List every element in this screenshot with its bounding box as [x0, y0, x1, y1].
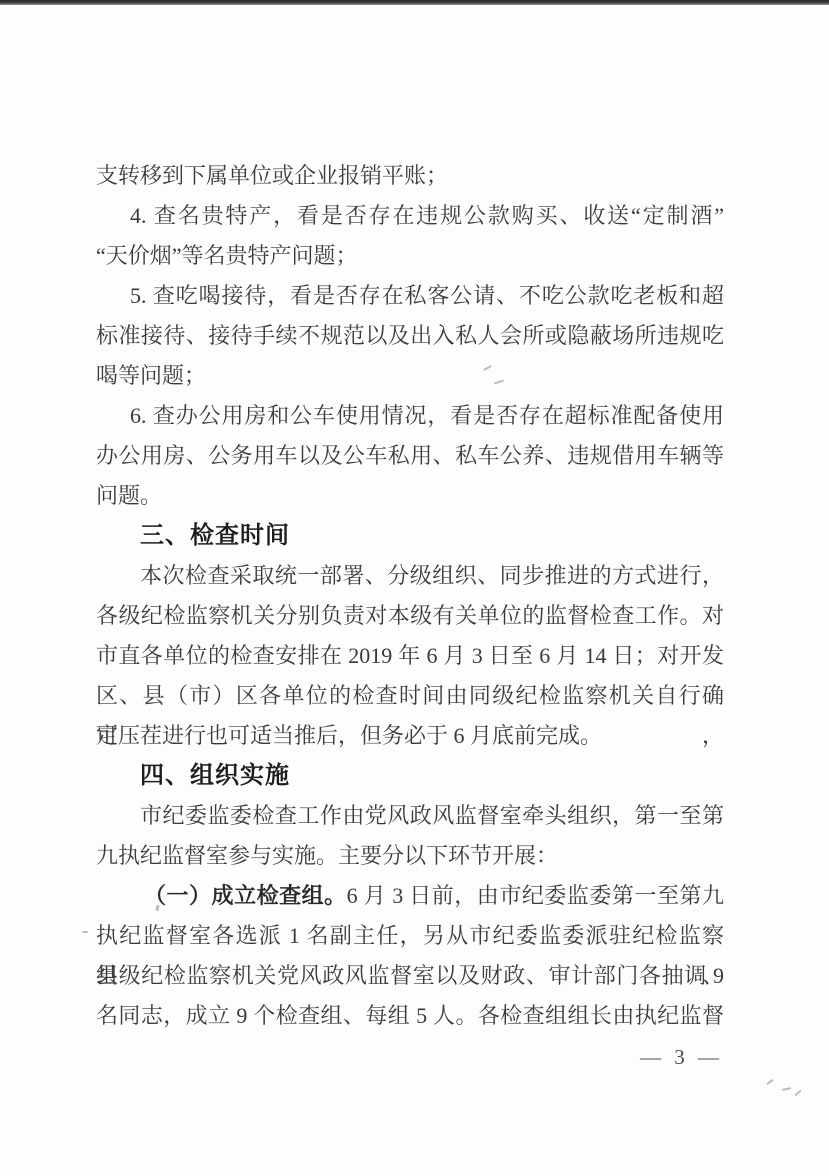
- scan-speck: [766, 1079, 774, 1085]
- doc-line: 市直各单位的检查安排在 2019 年 6 月 3 日至 6 月 14 日；对开发: [96, 636, 724, 676]
- page-number: — 3 —: [640, 1044, 723, 1070]
- run-in-heading-setup-inspection-team: （一）成立检查组。: [144, 883, 347, 908]
- doc-line: 名同志，成立 9 个检查组、每组 5 人。各检查组组长由执纪监督: [96, 996, 724, 1036]
- doc-line: 各级纪检监察机关分别负责对本级有关单位的监督检查工作。对: [96, 596, 724, 636]
- section-heading-organization: 四、组织实施: [96, 756, 724, 796]
- doc-line: 标准接待、接待手续不规范以及出入私人会所或隐蔽场所违规吃: [96, 316, 724, 356]
- doc-line: 九执纪监督室参与实施。主要分以下环节开展：: [96, 836, 724, 876]
- doc-line: 市纪委监委检查工作由党风政风监督室牵头组织，第一至第: [96, 796, 724, 836]
- doc-line-item-4: 4. 查名贵特产，看是否存在违规公款购买、收送“定制酒”: [96, 196, 724, 236]
- doc-line-subitem-1: （一）成立检查组。6 月 3 日前，由市纪委监委第一至第九: [96, 876, 724, 916]
- doc-line: 本次检查采取统一部署、分级组织、同步推进的方式进行，: [96, 556, 724, 596]
- doc-line: 喝等问题；: [96, 356, 724, 396]
- doc-line-text: 6 月 3 日前，由市纪委监委第一至第九: [347, 883, 724, 908]
- scan-speck: [82, 931, 88, 933]
- doc-line: 县级纪检监察机关党风政风监督室以及财政、审计部门各抽调 9: [96, 956, 724, 996]
- scanned-document-page: 支转移到下属单位或企业报销平账； 4. 查名贵特产，看是否存在违规公款购买、收送…: [0, 0, 829, 1176]
- doc-line: “天价烟”等名贵特产问题；: [96, 236, 724, 276]
- section-heading-inspection-time: 三、检查时间: [96, 516, 724, 556]
- scan-speck: [794, 1090, 801, 1097]
- doc-line: 区、县（市）区各单位的检查时间由同级纪检监察机关自行确定，: [96, 676, 724, 716]
- doc-line: 支转移到下属单位或企业报销平账；: [96, 156, 724, 196]
- doc-line-item-5: 5. 查吃喝接待，看是否存在私客公请、不吃公款吃老板和超: [96, 276, 724, 316]
- doc-line: 办公用房、公务用车以及公车私用、私车公养、违规借用车辆等: [96, 436, 724, 476]
- doc-line: 执纪监督室各选派 1 名副主任，另从市纪委监委派驻纪检监察组、: [96, 916, 724, 956]
- doc-line: 问题。: [96, 476, 724, 516]
- scan-speck: [782, 1087, 791, 1091]
- doc-line-item-6: 6. 查办公用房和公车使用情况，看是否存在超标准配备使用: [96, 396, 724, 436]
- document-body: 支转移到下属单位或企业报销平账； 4. 查名贵特产，看是否存在违规公款购买、收送…: [96, 156, 724, 1036]
- scan-edge-artifact: [0, 0, 829, 5]
